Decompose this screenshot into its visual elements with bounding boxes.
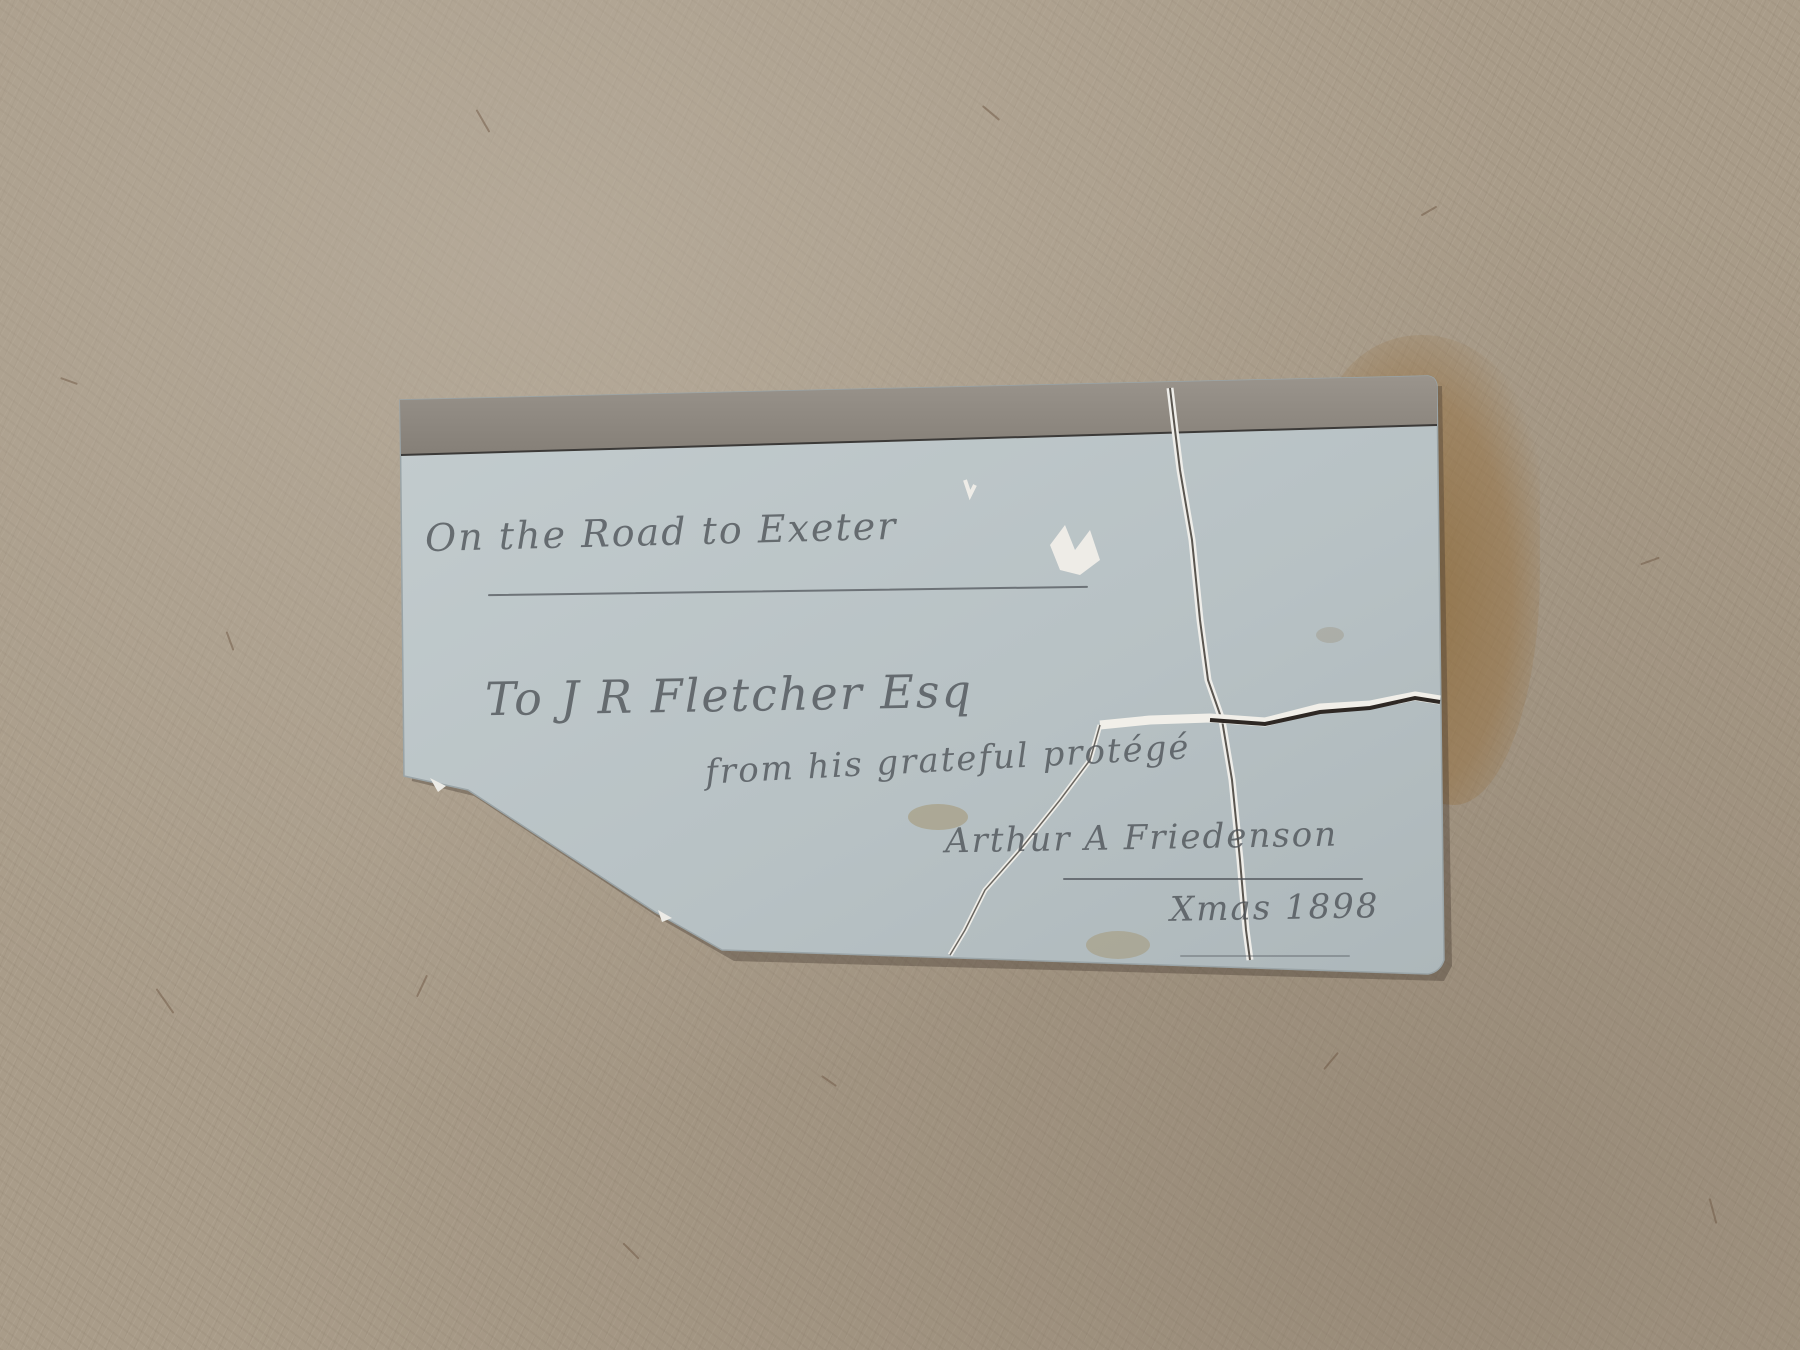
signature-underline	[1063, 878, 1363, 880]
photo-scene: On the Road to Exeter To J R Fletcher Es…	[0, 0, 1800, 1350]
inscription-date: Xmas 1898	[1170, 886, 1380, 930]
inscription-recipient: To J R Fletcher Esq	[485, 664, 974, 727]
date-underline	[1180, 955, 1350, 957]
inscription-signature: Arthur A Friedenson	[945, 815, 1339, 862]
